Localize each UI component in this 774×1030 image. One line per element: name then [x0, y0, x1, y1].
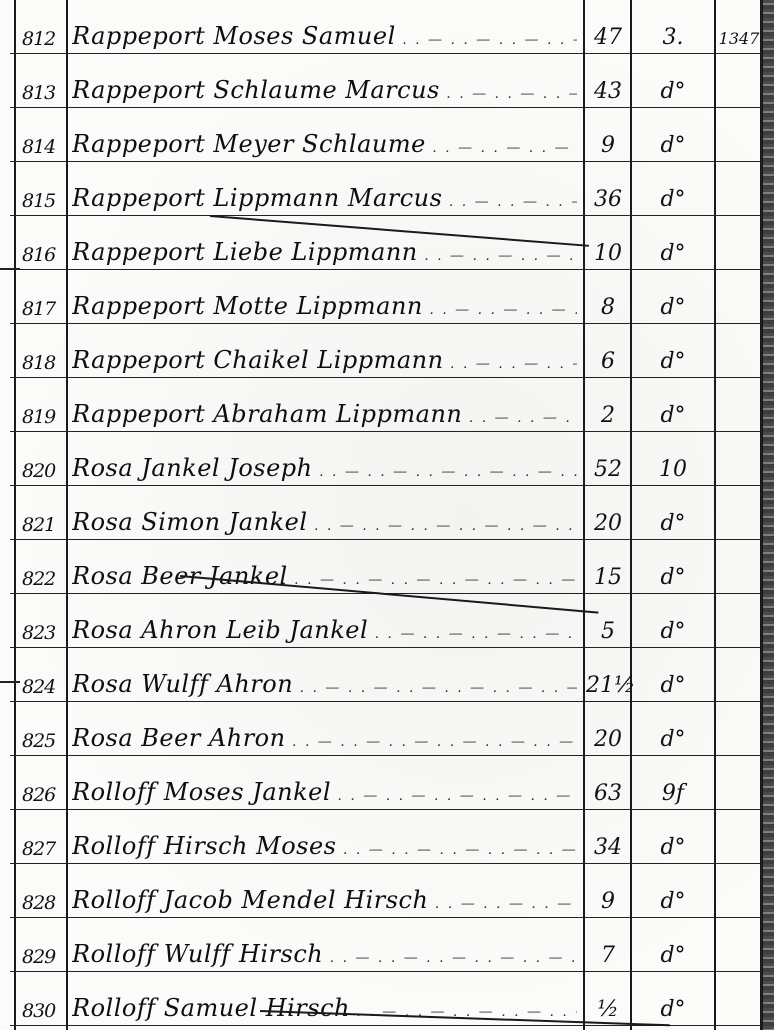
entry-age: 7	[586, 943, 630, 968]
entry-age: 63	[586, 781, 630, 806]
entry-name: Rolloff Hirsch Moses	[72, 832, 577, 860]
entry-age: 2	[586, 403, 630, 428]
entry-col3: 10	[633, 457, 713, 482]
register-row: 822 Rosa Beer Jankel 15 d°	[0, 540, 774, 594]
entry-col3: d°	[633, 673, 713, 698]
entry-number: 823	[22, 622, 66, 644]
entry-age: 5	[586, 619, 630, 644]
register-row: 815 Rappeport Lippmann Marcus 36 d°	[0, 162, 774, 216]
entry-name: Rappeport Schlaume Marcus	[72, 76, 577, 104]
entry-col3: d°	[633, 889, 713, 914]
entry-col3: d°	[633, 349, 713, 374]
register-row: 812 Rappeport Moses Samuel 47 3. 1347	[0, 0, 774, 54]
entry-name: Rosa Jankel Joseph	[72, 454, 577, 482]
entry-number: 820	[22, 460, 66, 482]
entry-age: 10	[586, 241, 630, 266]
entry-col3: 3.	[633, 25, 713, 50]
entry-name: Rappeport Lippmann Marcus	[72, 184, 577, 212]
register-row: 818 Rappeport Chaikel Lippmann 6 d°	[0, 324, 774, 378]
entry-age: 52	[586, 457, 630, 482]
entry-col3: d°	[633, 187, 713, 212]
entry-age: 47	[586, 25, 630, 50]
register-row: 824 Rosa Wulff Ahron 21½ d°	[0, 648, 774, 702]
entry-number: 829	[22, 946, 66, 968]
register-row: 813 Rappeport Schlaume Marcus 43 d°	[0, 54, 774, 108]
entry-number: 816	[22, 244, 66, 266]
entry-col3: d°	[633, 79, 713, 104]
entry-number: 812	[22, 28, 66, 50]
entry-col3: d°	[633, 835, 713, 860]
entry-number: 826	[22, 784, 66, 806]
entry-name: Rappeport Abraham Lippmann	[72, 400, 577, 428]
entry-name: Rappeport Chaikel Lippmann	[72, 346, 577, 374]
entry-number: 819	[22, 406, 66, 428]
register-row: 816 Rappeport Liebe Lippmann 10 d°	[0, 216, 774, 270]
register-row: 826 Rolloff Moses Jankel 63 9f	[0, 756, 774, 810]
entry-col4: 1347	[716, 29, 762, 48]
entry-col3: d°	[633, 943, 713, 968]
register-row: 825 Rosa Beer Ahron 20 d°	[0, 702, 774, 756]
entry-number: 824	[22, 676, 66, 698]
entry-age: 20	[586, 511, 630, 536]
register-row: 827 Rolloff Hirsch Moses 34 d°	[0, 810, 774, 864]
entry-col3: d°	[633, 997, 713, 1022]
entry-number: 830	[22, 1000, 66, 1022]
register-row: 830 Rolloff Samuel Hirsch ½ d°	[0, 972, 774, 1026]
entry-name: Rolloff Moses Jankel	[72, 778, 577, 806]
entry-number: 815	[22, 190, 66, 212]
entry-age: 43	[586, 79, 630, 104]
register-page: 812 Rappeport Moses Samuel 47 3. 1347 81…	[0, 0, 774, 1030]
register-row: 814 Rappeport Meyer Schlaume 9 d°	[0, 108, 774, 162]
entry-name: Rosa Wulff Ahron	[72, 670, 577, 698]
entry-age: 8	[586, 295, 630, 320]
entry-col3: d°	[633, 403, 713, 428]
entry-name: Rappeport Liebe Lippmann	[72, 238, 577, 266]
entry-col3: 9f	[633, 781, 713, 806]
entry-number: 817	[22, 298, 66, 320]
entry-age: 9	[586, 133, 630, 158]
entry-age: 15	[586, 565, 630, 590]
entry-col3: d°	[633, 295, 713, 320]
entry-name: Rappeport Moses Samuel	[72, 22, 577, 50]
entry-name: Rappeport Meyer Schlaume	[72, 130, 577, 158]
entry-number: 822	[22, 568, 66, 590]
entry-age: 34	[586, 835, 630, 860]
entry-col3: d°	[633, 241, 713, 266]
entry-col3: d°	[633, 565, 713, 590]
entry-col3: d°	[633, 133, 713, 158]
entry-name: Rosa Beer Ahron	[72, 724, 577, 752]
entry-number: 828	[22, 892, 66, 914]
entry-name: Rosa Beer Jankel	[72, 562, 577, 590]
entry-number: 814	[22, 136, 66, 158]
entry-number: 827	[22, 838, 66, 860]
entry-number: 825	[22, 730, 66, 752]
entry-number: 813	[22, 82, 66, 104]
register-row: 823 Rosa Ahron Leib Jankel 5 d°	[0, 594, 774, 648]
entry-name: Rolloff Jacob Mendel Hirsch	[72, 886, 577, 914]
entry-age: ½	[586, 997, 630, 1022]
entry-name: Rappeport Motte Lippmann	[72, 292, 577, 320]
entry-col3: d°	[633, 619, 713, 644]
entry-age: 20	[586, 727, 630, 752]
register-row: 828 Rolloff Jacob Mendel Hirsch 9 d°	[0, 864, 774, 918]
entry-age: 9	[586, 889, 630, 914]
register-row: 820 Rosa Jankel Joseph 52 10	[0, 432, 774, 486]
register-row: 829 Rolloff Wulff Hirsch 7 d°	[0, 918, 774, 972]
register-row: 817 Rappeport Motte Lippmann 8 d°	[0, 270, 774, 324]
entry-col3: d°	[633, 727, 713, 752]
register-row: 819 Rappeport Abraham Lippmann 2 d°	[0, 378, 774, 432]
entry-age: 6	[586, 349, 630, 374]
entry-number: 821	[22, 514, 66, 536]
entry-name: Rosa Ahron Leib Jankel	[72, 616, 577, 644]
entry-name: Rolloff Wulff Hirsch	[72, 940, 577, 968]
entry-age: 21½	[586, 673, 630, 698]
entry-name: Rosa Simon Jankel	[72, 508, 577, 536]
register-row: 821 Rosa Simon Jankel 20 d°	[0, 486, 774, 540]
entry-col3: d°	[633, 511, 713, 536]
entry-number: 818	[22, 352, 66, 374]
entry-age: 36	[586, 187, 630, 212]
